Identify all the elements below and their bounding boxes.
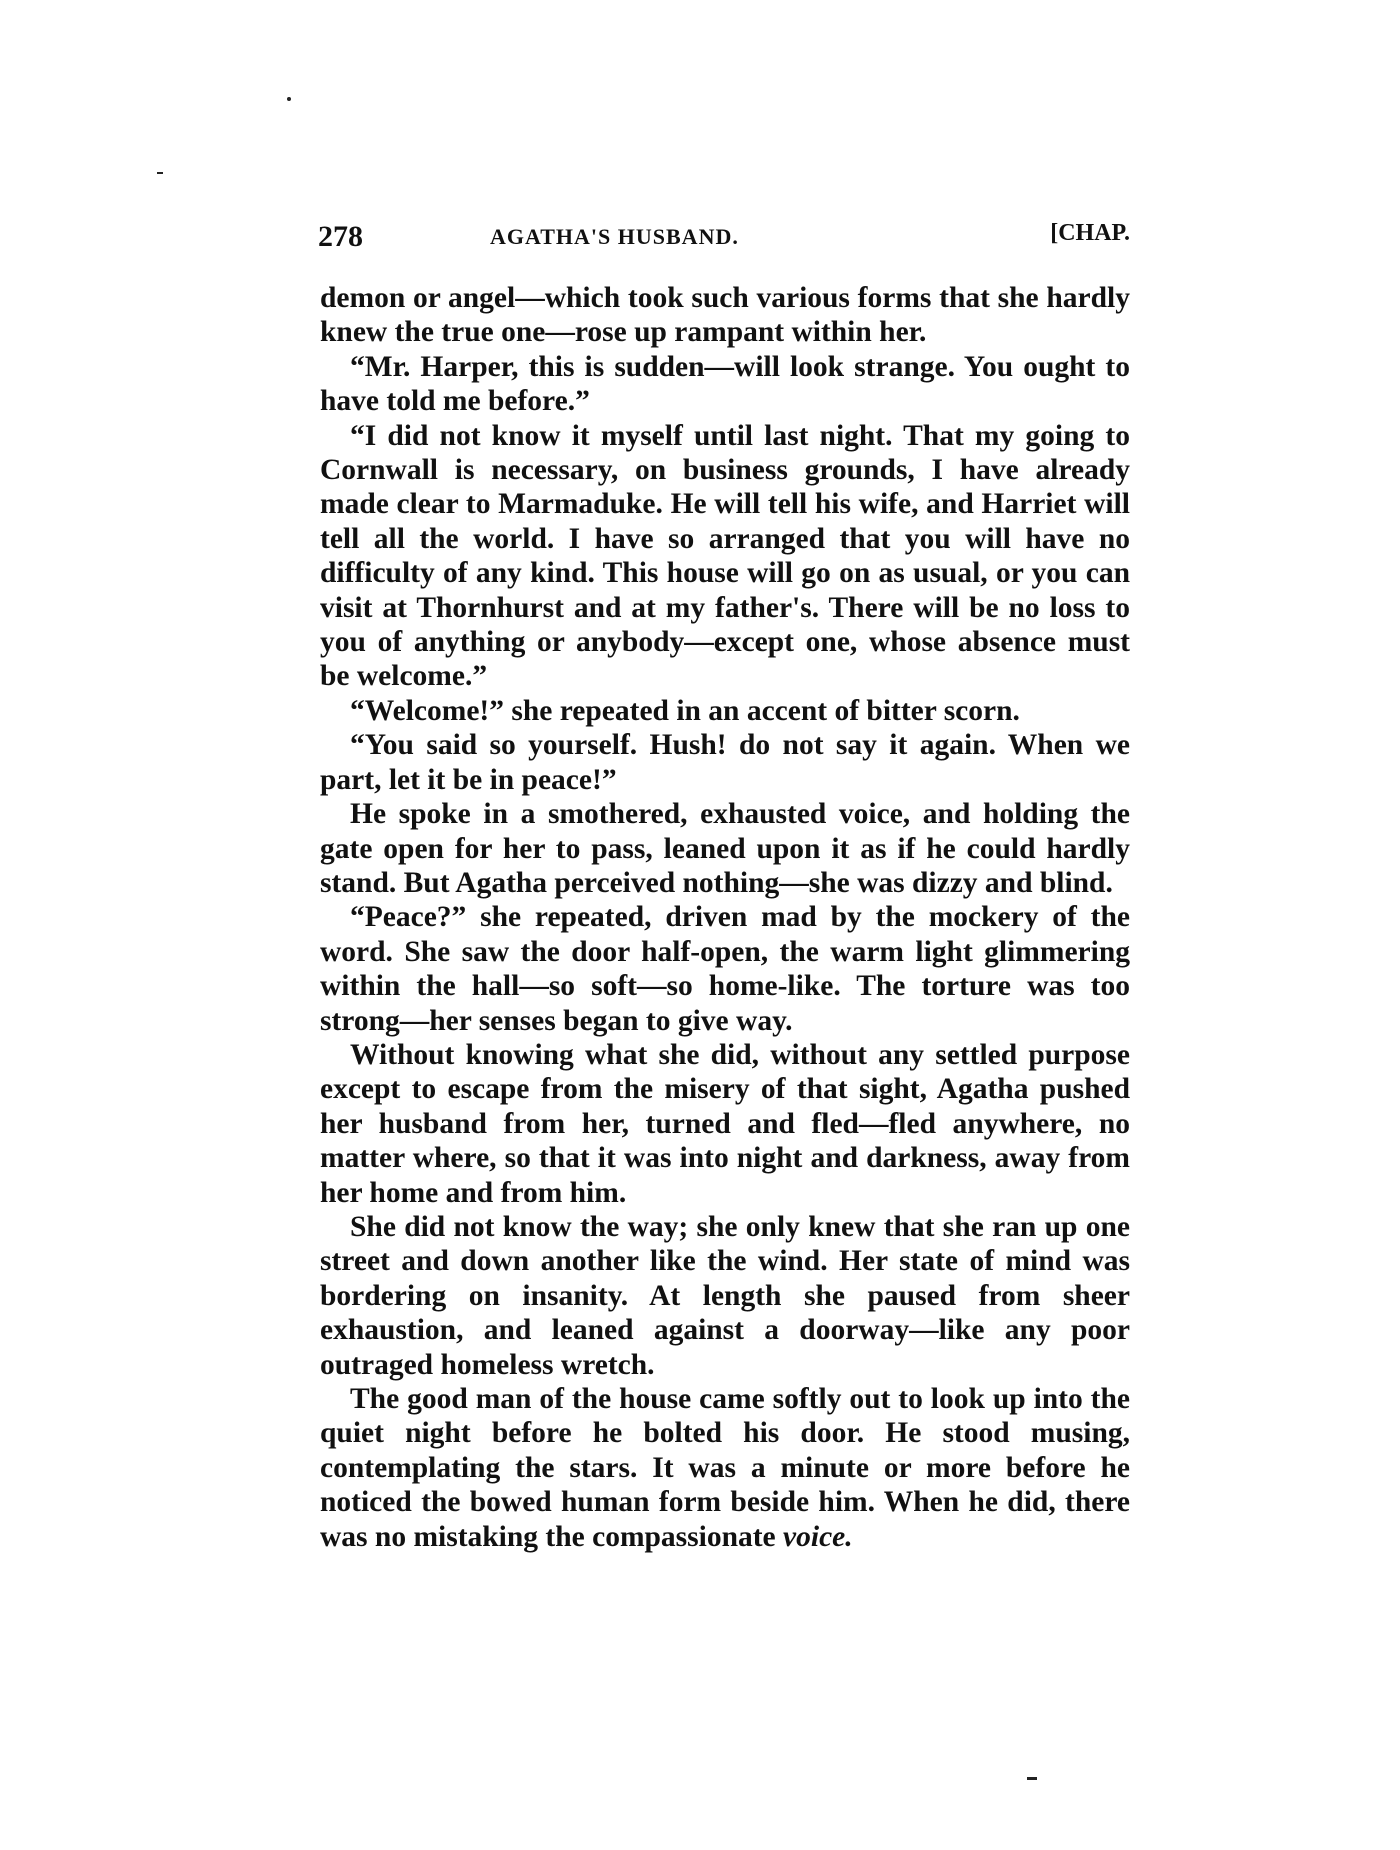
page-number: 278 bbox=[318, 220, 363, 254]
paragraph: “Welcome!” she repeated in an accent of … bbox=[320, 694, 1130, 728]
scan-speck bbox=[287, 97, 291, 101]
paragraph: He spoke in a smothered, exhausted voice… bbox=[320, 797, 1130, 900]
running-header: 278 AGATHA'S HUSBAND. [CHAP. bbox=[318, 220, 1130, 260]
page-body: demon or angel—which took such various f… bbox=[320, 281, 1130, 1554]
scan-speck bbox=[157, 172, 163, 174]
paragraph: “Mr. Harper, this is sudden—will look st… bbox=[320, 350, 1130, 419]
paragraph: demon or angel—which took such various f… bbox=[320, 281, 1130, 350]
paragraph-last: The good man of the house came softly ou… bbox=[320, 1382, 1130, 1554]
paragraph: “You said so yourself. Hush! do not say … bbox=[320, 728, 1130, 797]
paragraph: “Peace?” she repeated, driven mad by the… bbox=[320, 900, 1130, 1038]
scan-speck bbox=[1027, 1777, 1037, 1780]
paragraph: “I did not know it myself until last nig… bbox=[320, 419, 1130, 694]
running-title: AGATHA'S HUSBAND. bbox=[490, 224, 739, 250]
paragraph: She did not know the way; she only knew … bbox=[320, 1210, 1130, 1382]
paragraph: Without knowing what she did, without an… bbox=[320, 1038, 1130, 1210]
chapter-marker: [CHAP. bbox=[1050, 220, 1130, 247]
paragraph-text: The good man of the house came softly ou… bbox=[320, 1383, 1130, 1553]
final-word: voice. bbox=[783, 1521, 853, 1553]
